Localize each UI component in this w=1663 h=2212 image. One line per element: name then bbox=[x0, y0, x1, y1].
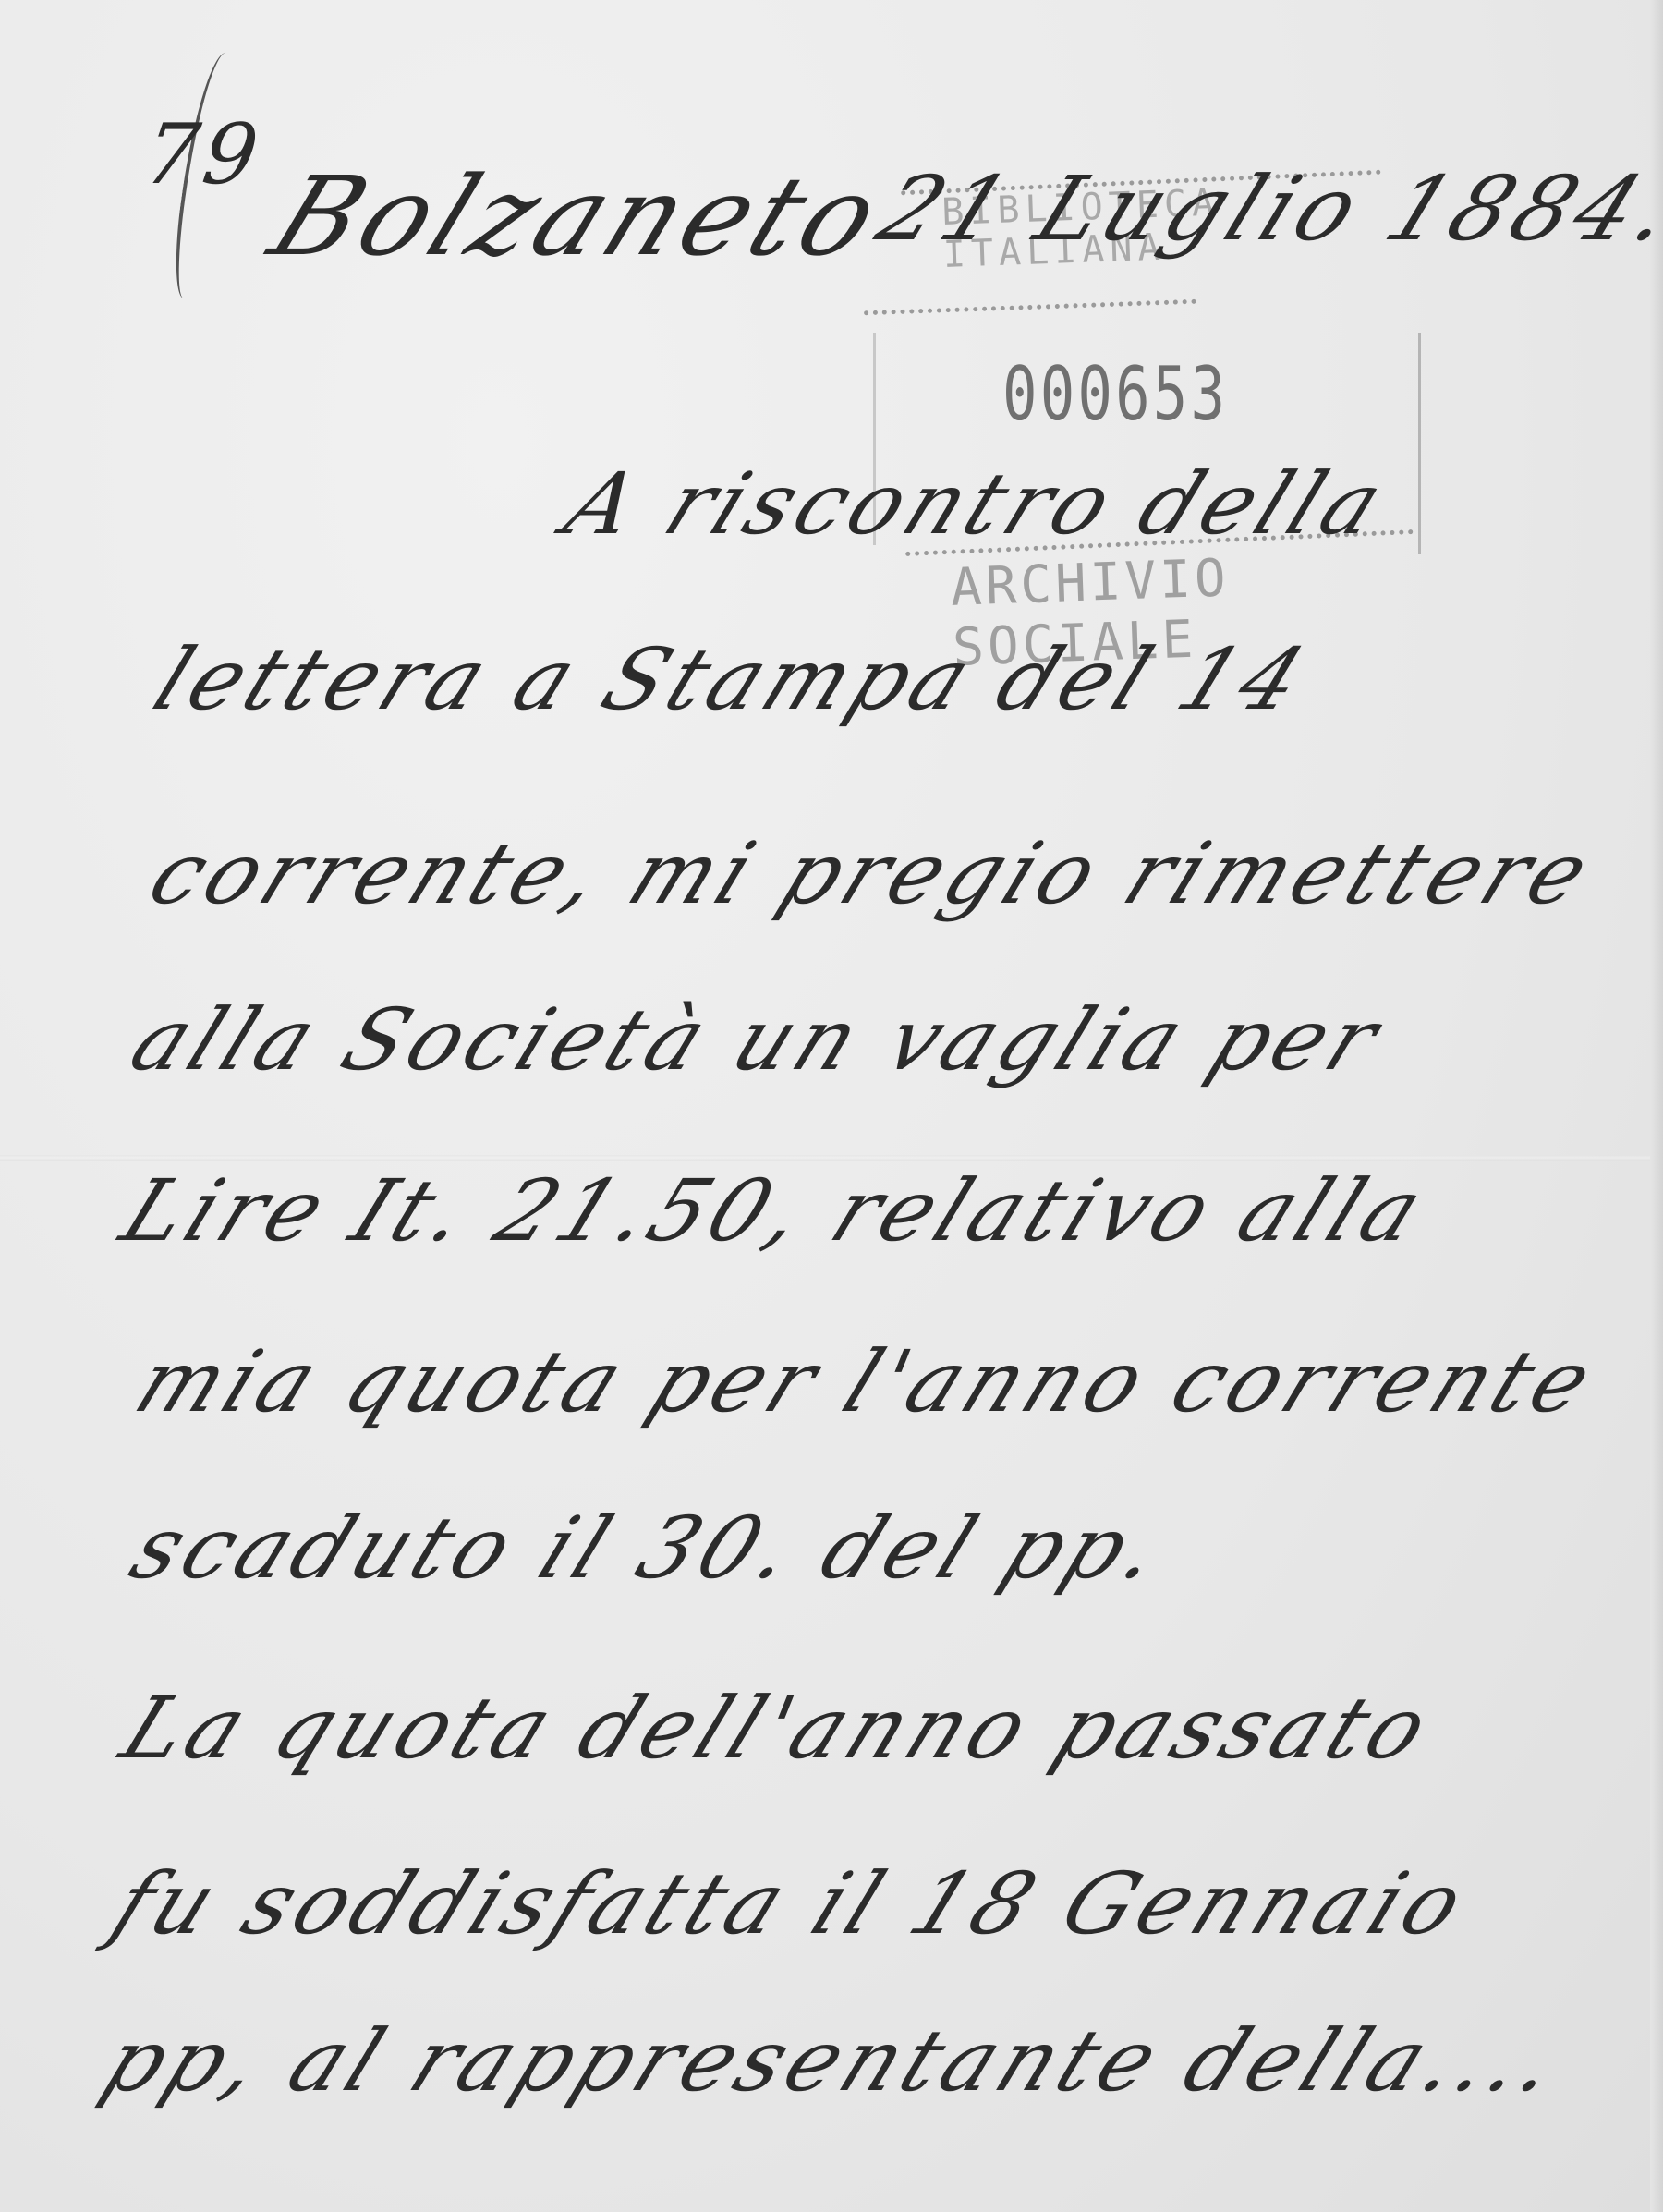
body-line: corrente, mi pregio rimettere bbox=[139, 832, 1606, 917]
body-line: La quota dell'anno passato bbox=[111, 1686, 1445, 1771]
letter-date: 21 Luglio 1884. bbox=[864, 157, 1663, 261]
body-line: A riscontro della bbox=[554, 462, 1399, 547]
body-line: fu soddisfatta il 18 Gennaio bbox=[102, 1862, 1480, 1947]
body-line: scaduto il 30. del pp. bbox=[120, 1506, 1178, 1591]
body-line: Lire It. 21.50, relativo alla bbox=[111, 1169, 1438, 1254]
body-line: pp, al rappresentante della.... bbox=[92, 2019, 1575, 2104]
paper-fold bbox=[0, 1155, 1663, 1161]
letter-place: Bolzaneto bbox=[254, 152, 903, 280]
paper-edge bbox=[1650, 0, 1663, 2212]
body-line: lettera a Stampa del 14 bbox=[143, 638, 1320, 723]
stamp-border-middle bbox=[864, 299, 1196, 316]
reference-mark: 79 bbox=[139, 106, 269, 203]
stamp-number: 000653 bbox=[1002, 351, 1228, 437]
body-line: alla Società un vaglia per bbox=[120, 998, 1395, 1083]
body-line: mia quota per l'anno corrente bbox=[125, 1340, 1608, 1425]
stamp-border-right bbox=[1418, 333, 1421, 554]
letter-page: 79 BIBLIOTECA ITALIANA 000653 ARCHIVIO S… bbox=[0, 0, 1663, 2212]
